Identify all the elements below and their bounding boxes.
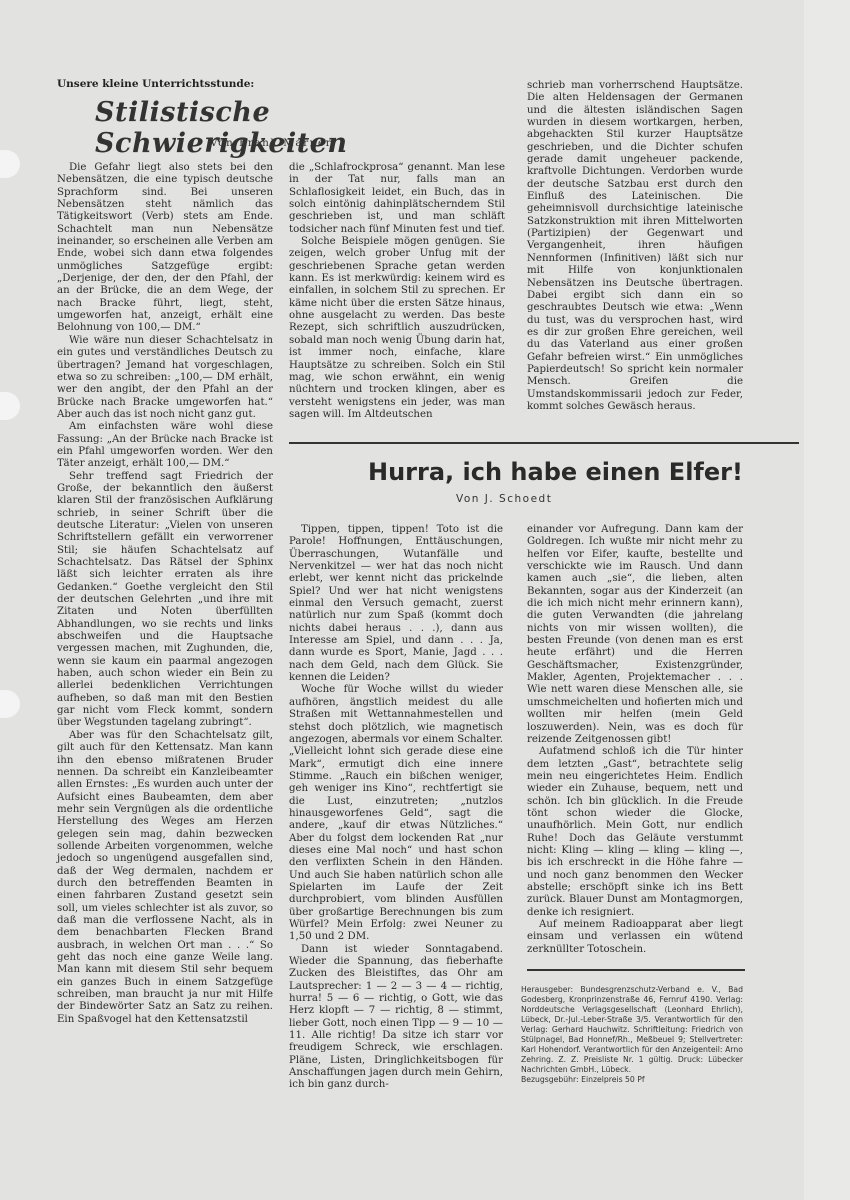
paragraph: Auf meinem Radioapparat aber liegt einsa… [527, 919, 743, 956]
article2-title: Hurra, ich habe einen Elfer! [368, 458, 743, 486]
paragraph: Aufatmend schloß ich die Tür hinter dem … [527, 746, 743, 919]
paragraph: Dann ist wieder Sonntagabend. Wieder die… [289, 944, 503, 1092]
paragraph: Tippen, tippen, tippen! Toto ist die Par… [289, 524, 503, 684]
article2-column-2: einander vor Aufregung. Dann kam der Gol… [527, 524, 743, 956]
newspaper-page: Unsere kleine Unterrichtsstunde: Stilist… [0, 0, 850, 1200]
paragraph: Wie wäre nun dieser Schachtelsatz in ein… [57, 335, 273, 421]
paragraph: die „Schlafrockprosa“ genannt. Man lese … [289, 162, 505, 236]
imprint-divider [527, 969, 745, 971]
article1-column-1: Die Gefahr liegt also stets bei den Nebe… [57, 162, 273, 1026]
paragraph: Sehr treffend sagt Friedrich der Große, … [57, 471, 273, 730]
article2-column-1: Tippen, tippen, tippen! Toto ist die Par… [289, 524, 503, 1092]
paragraph: Aber was für den Schachtelsatz gilt, gil… [57, 730, 273, 1026]
article1-title: Stilistische Schwierigkeiten [95, 97, 455, 159]
page-edge [804, 0, 850, 1200]
paragraph: Solche Beispiele mögen genügen. Sie zeig… [289, 236, 505, 421]
paragraph: Woche für Woche willst du wieder aufhöre… [289, 684, 503, 943]
paragraph: schrieb man vorherrschend Hauptsätze. Di… [527, 80, 743, 413]
punch-hole [0, 150, 20, 178]
imprint: Herausgeber: Bundesgrenzschutz-Verband e… [521, 985, 743, 1085]
article2-byline: Von J. Schoedt [456, 493, 552, 505]
imprint-text: Herausgeber: Bundesgrenzschutz-Verband e… [521, 985, 743, 1075]
article1-byline: Von Frank Marner [210, 137, 332, 149]
article1-kicker: Unsere kleine Unterrichtsstunde: [57, 78, 254, 90]
punch-hole [0, 690, 20, 718]
punch-hole [0, 392, 20, 420]
article-divider [289, 442, 799, 444]
price-text: Bezugsgebühr: Einzelpreis 50 Pf [521, 1075, 743, 1085]
paragraph: Die Gefahr liegt also stets bei den Nebe… [57, 162, 273, 335]
paragraph: Am einfachsten wäre wohl diese Fassung: … [57, 421, 273, 470]
article1-column-3: schrieb man vorherrschend Hauptsätze. Di… [527, 80, 743, 413]
paragraph: einander vor Aufregung. Dann kam der Gol… [527, 524, 743, 746]
article1-column-2: die „Schlafrockprosa“ genannt. Man lese … [289, 162, 505, 421]
